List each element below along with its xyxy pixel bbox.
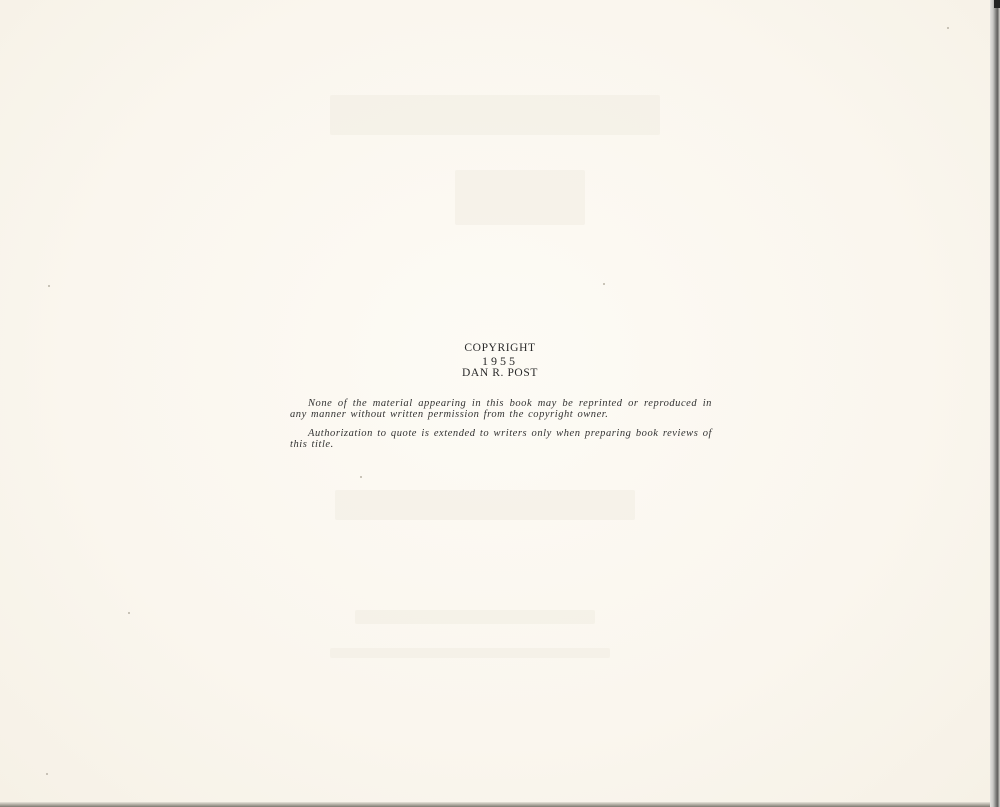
paper-speck <box>46 773 48 775</box>
paper-speck <box>603 283 605 285</box>
quotation-notice: Authorization to quote is extended to wr… <box>290 428 712 450</box>
scan-corner <box>994 0 1000 8</box>
copyright-block: COPYRIGHT 1955 DAN R. POST <box>0 342 1000 380</box>
show-through-title <box>330 95 660 135</box>
paper-speck <box>48 285 50 287</box>
paper-speck <box>360 476 362 478</box>
show-through-line-1 <box>335 490 635 520</box>
copyright-year: 1955 <box>0 355 1000 368</box>
paper-speck <box>947 27 949 29</box>
reproduction-notice: None of the material appearing in this b… <box>290 398 712 420</box>
show-through-line-2 <box>355 610 595 624</box>
quotation-notice-text: Authorization to quote is extended to wr… <box>290 428 712 450</box>
copyright-heading: COPYRIGHT <box>0 342 1000 355</box>
reproduction-notice-text: None of the material appearing in this b… <box>290 398 712 420</box>
page-bottom-edge <box>0 802 990 807</box>
book-spine-edge <box>990 0 1000 807</box>
copyright-owner: DAN R. POST <box>0 367 1000 380</box>
paper-speck <box>128 612 130 614</box>
show-through-line-3 <box>330 648 610 658</box>
show-through-monogram <box>455 170 585 225</box>
